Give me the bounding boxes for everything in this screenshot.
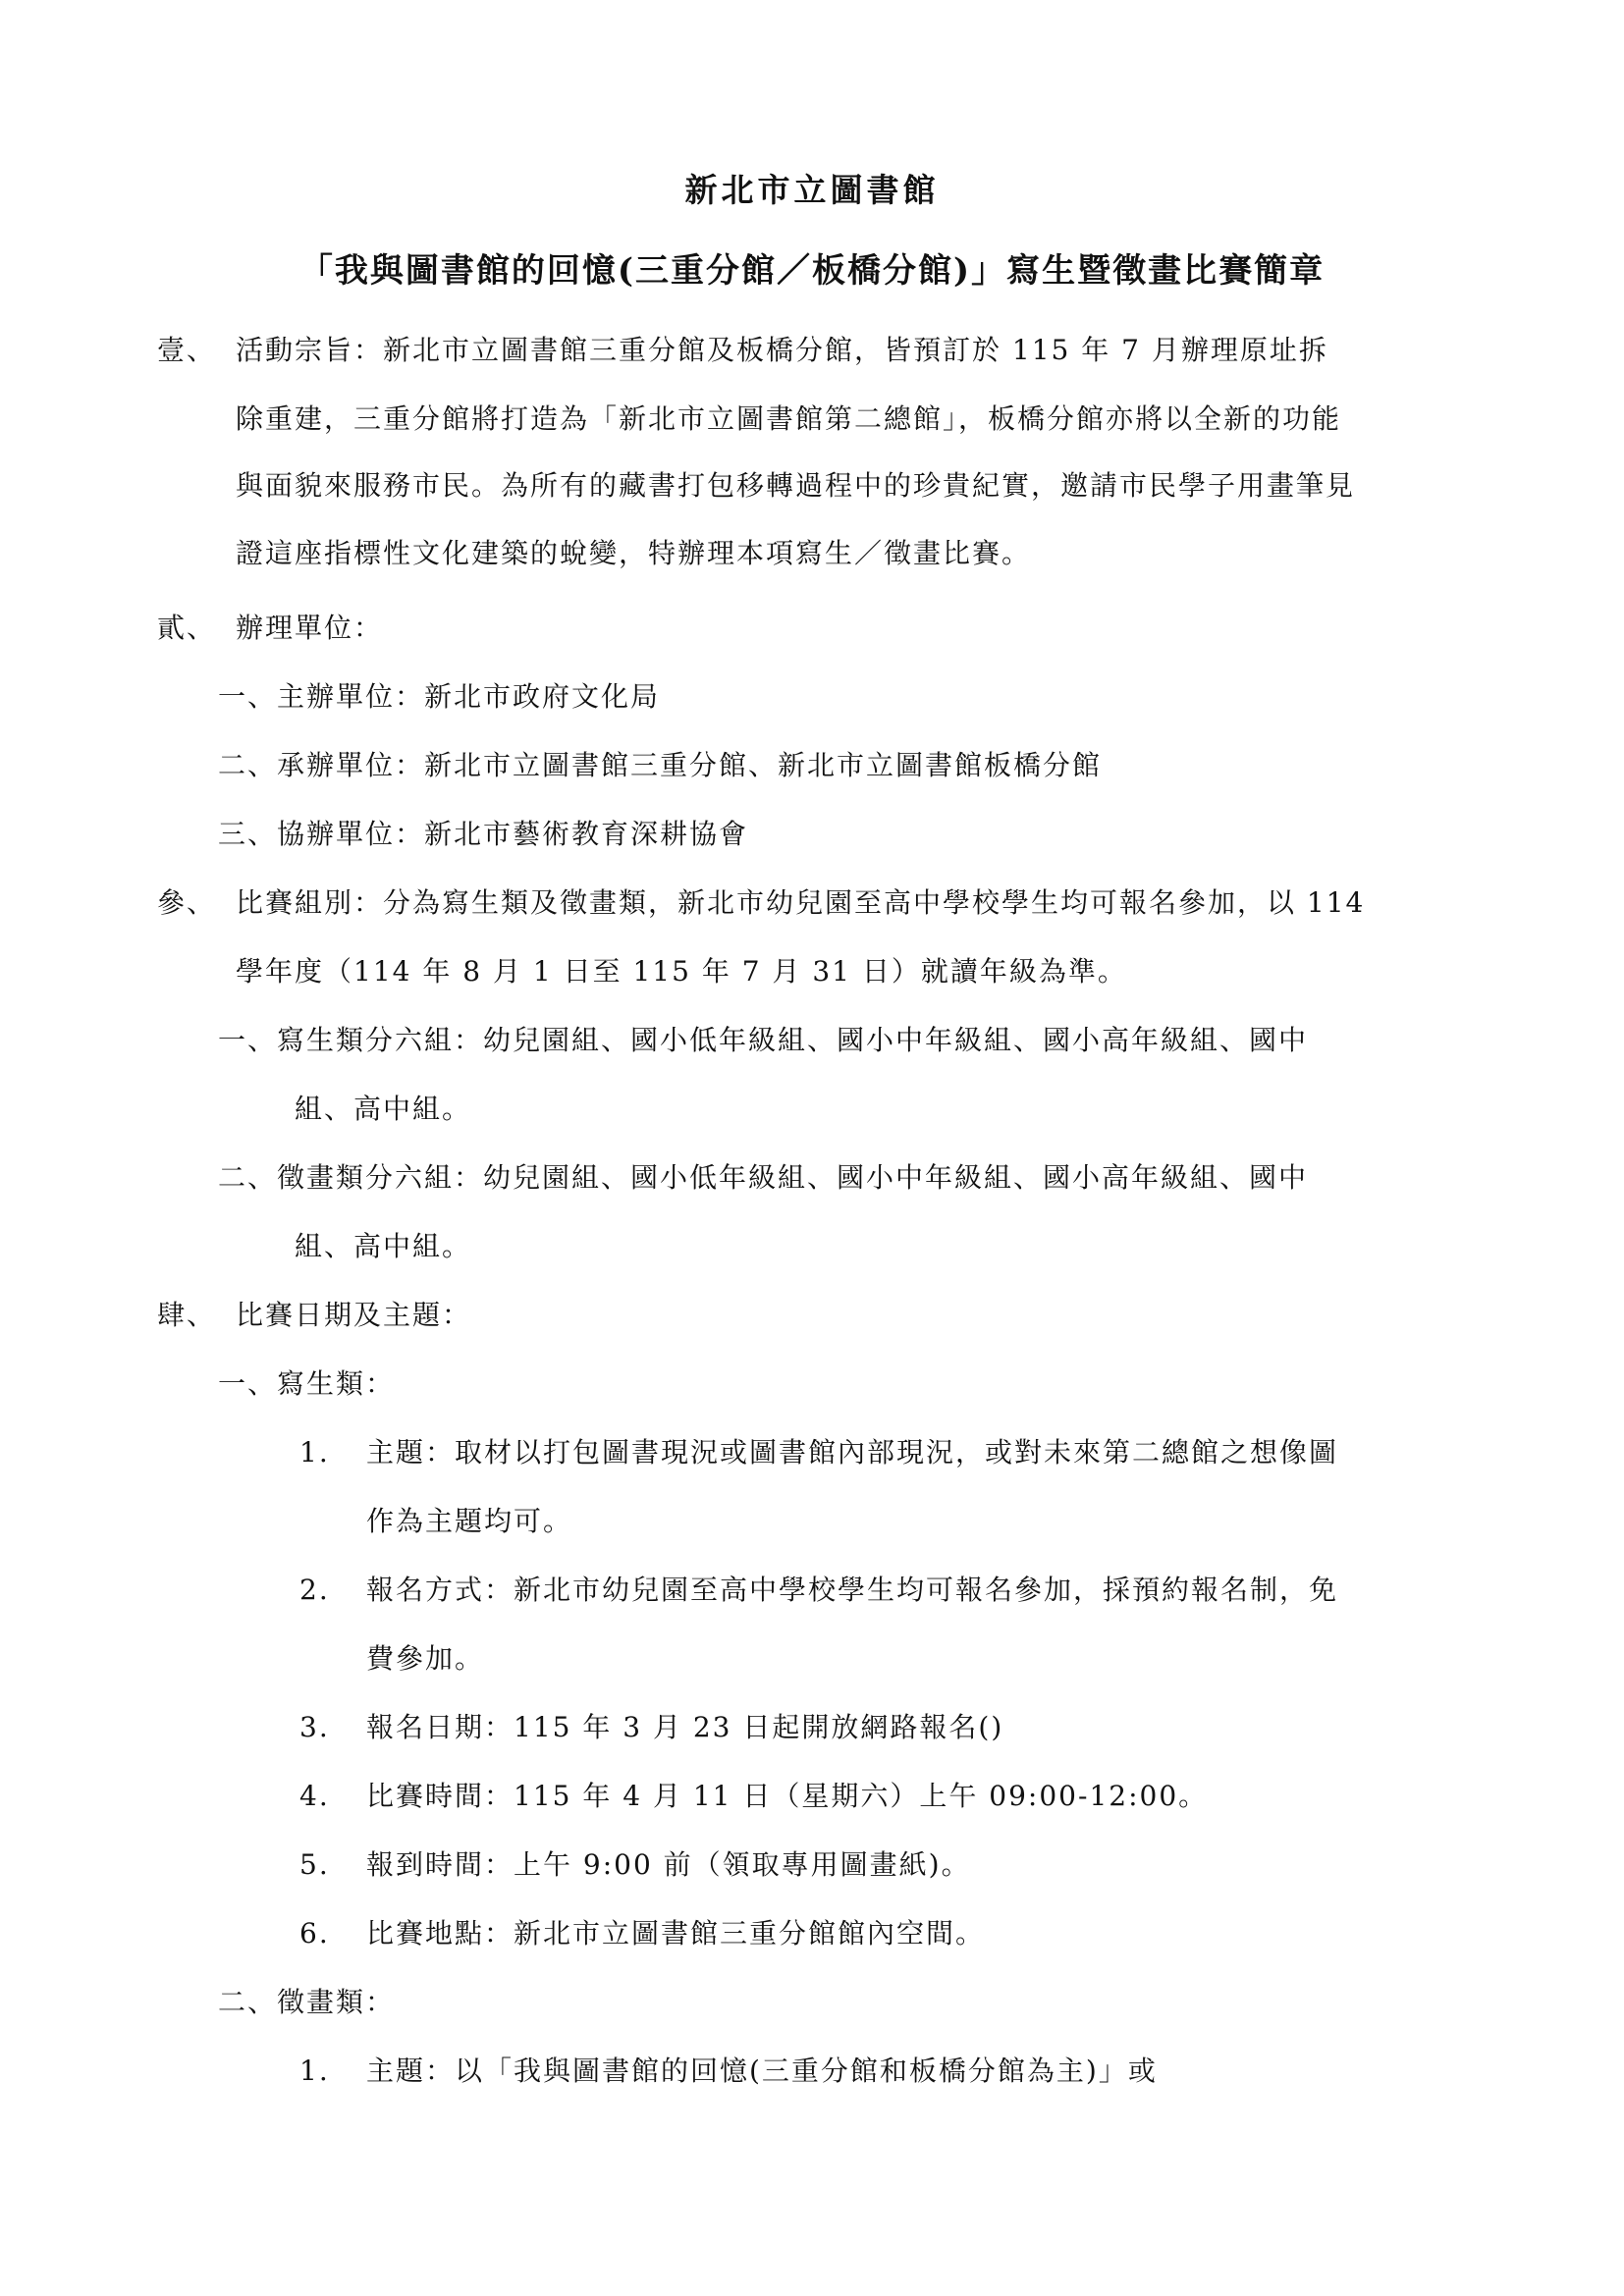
paragraph-line: 學年度（114 年 8 月 1 日至 115 年 7 月 31 日）就讀年級為準… <box>236 952 1127 991</box>
item-number: 5. <box>299 1845 330 1885</box>
organizer-item: 二、承辦單位：新北市立圖書館三重分館、新北市立圖書館板橋分館 <box>218 746 1102 785</box>
section-marker: 壹、 <box>157 331 216 370</box>
document-subtitle: 「我與圖書館的回憶(三重分館／板橋分館)」寫生暨徵畫比賽簡章 <box>0 243 1624 292</box>
item-text: 報到時間：上午 9:00 前（領取專用圖畫紙)。 <box>366 1845 971 1885</box>
item-number: 1. <box>299 1433 330 1472</box>
item-text: 報名方式：新北市幼兒園至高中學校學生均可報名參加，採預約報名制，免 <box>366 1571 1338 1610</box>
group-item-continuation: 組、高中組。 <box>295 1227 471 1266</box>
item-number: 1. <box>299 2052 330 2091</box>
paragraph-line: 除重建，三重分館將打造為「新北市立圖書館第二總館」，板橋分館亦將以全新的功能 <box>236 400 1341 439</box>
item-text: 比賽地點：新北市立圖書館三重分館館內空間。 <box>366 1914 985 1953</box>
section-marker: 肆、 <box>157 1296 216 1335</box>
item-text: 主題：取材以打包圖書現況或圖書館內部現況，或對未來第二總館之想像圖 <box>366 1433 1338 1472</box>
organizer-item: 三、協辦單位：新北市藝術教育深耕協會 <box>218 815 748 854</box>
item-text: 主題：以「我與圖書館的回憶(三重分館和板橋分館為主)」或 <box>366 2052 1158 2091</box>
section-heading: 辦理單位： <box>236 609 383 648</box>
document-title: 新北市立圖書館 <box>0 165 1624 211</box>
group-item: 一、寫生類分六組：幼兒園組、國小低年級組、國小中年級組、國小高年級組、國中 <box>218 1021 1308 1060</box>
paragraph-line: 比賽組別：分為寫生類及徵畫類，新北市幼兒園至高中學校學生均可報名參加，以 114 <box>236 883 1365 923</box>
section-marker: 貳、 <box>157 609 216 648</box>
group-item: 二、徵畫類分六組：幼兒園組、國小低年級組、國小中年級組、國小高年級組、國中 <box>218 1158 1308 1198</box>
item-number: 4. <box>299 1777 330 1816</box>
organizer-item: 一、主辦單位：新北市政府文化局 <box>218 677 660 717</box>
subsection-heading-painting: 二、徵畫類： <box>218 1983 395 2022</box>
item-text: 比賽時間：115 年 4 月 11 日（星期六）上午 09:00-12:00。 <box>366 1777 1208 1816</box>
item-number: 3. <box>299 1708 330 1747</box>
paragraph-line: 證這座指標性文化建築的蛻變，特辦理本項寫生／徵畫比賽。 <box>236 534 1031 573</box>
item-number: 2. <box>299 1571 330 1610</box>
section-marker: 參、 <box>157 883 216 923</box>
item-text-continuation: 作為主題均可。 <box>366 1502 572 1541</box>
group-item-continuation: 組、高中組。 <box>295 1090 471 1129</box>
item-number: 6. <box>299 1914 330 1953</box>
item-text: 報名日期：115 年 3 月 23 日起開放網路報名() <box>366 1708 1003 1747</box>
section-heading: 比賽日期及主題： <box>236 1296 471 1335</box>
paragraph-line: 活動宗旨：新北市立圖書館三重分館及板橋分館，皆預訂於 115 年 7 月辦理原址… <box>236 331 1328 370</box>
document-page: 新北市立圖書館 「我與圖書館的回憶(三重分館／板橋分館)」寫生暨徵畫比賽簡章 壹… <box>0 0 1624 2296</box>
subsection-heading-sketch: 一、寫生類： <box>218 1364 395 1404</box>
paragraph-line: 與面貌來服務市民。為所有的藏書打包移轉過程中的珍貴紀實，邀請市民學子用畫筆見 <box>236 466 1355 506</box>
item-text-continuation: 費參加。 <box>366 1639 484 1679</box>
